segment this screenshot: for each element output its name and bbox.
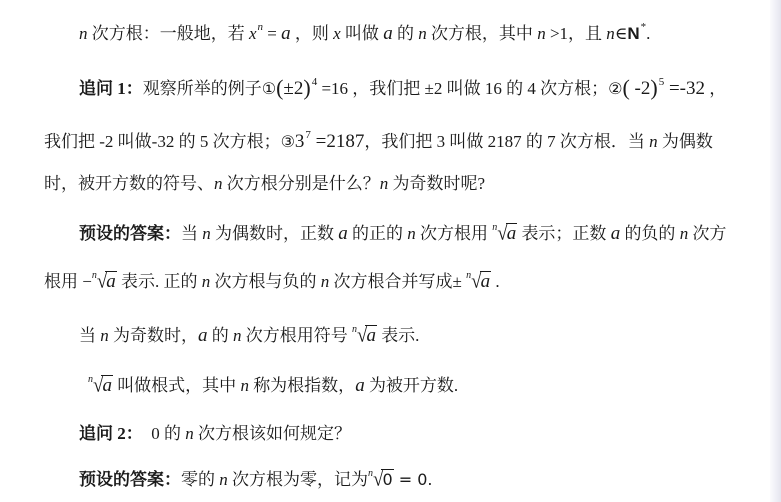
equals: = — [263, 24, 281, 43]
circled-one: ① — [262, 79, 276, 98]
question-1-line-1: 追问 1：观察所举的例子①(±2)4 =16 ，我们把 ±2 叫做 16 的 4… — [79, 75, 726, 99]
text: 次方根用 — [416, 224, 493, 243]
nth-root-a: n√a — [88, 374, 113, 398]
document-page: n 次方根：一般地，若 xn = a ，则 x 叫做 a 的 n 次方根，其中 … — [0, 0, 770, 502]
text: = 0. — [394, 470, 433, 489]
text: 次方根该如何规定？ — [194, 424, 351, 443]
text: 次方根，其中 — [427, 24, 538, 43]
var-a: a — [355, 375, 365, 396]
star-superscript: * — [641, 21, 647, 33]
text: 次方根用符号 — [242, 326, 353, 345]
definition-line: n 次方根：一般地，若 xn = a ，则 x 叫做 a 的 n 次方根，其中 … — [79, 22, 650, 46]
text: 为偶数 — [658, 132, 713, 151]
colon: ： — [164, 470, 181, 489]
colon: ： — [126, 79, 143, 98]
text: 次方根分别是什么？ — [223, 174, 380, 193]
nth-root-a: n√a — [492, 222, 517, 246]
left-paren: ( — [276, 75, 283, 100]
var-n: n — [233, 326, 242, 345]
question-2-line: 追问 2： 0 的 n 次方根该如何规定？ — [79, 422, 351, 446]
var-a: a — [281, 23, 291, 44]
minus-sign: − — [82, 272, 92, 291]
result: =2187 — [311, 131, 364, 152]
base: 3 — [295, 131, 305, 152]
exponent: 7 — [305, 129, 311, 141]
text: 为奇数时呢? — [388, 174, 485, 193]
var-n: n — [606, 24, 615, 43]
var-n: n — [380, 174, 389, 193]
radical-sign-icon: √ — [497, 221, 507, 247]
var-n: n — [321, 272, 330, 291]
natural-numbers-symbol: N — [627, 24, 639, 43]
answer-1-line-2: 根用 −n√a 表示. 正的 n 次方根与负的 n 次方根合并写成± n√a . — [44, 270, 500, 294]
var-n: n — [185, 424, 194, 443]
radical-sign-icon: √ — [93, 373, 103, 399]
text: ，我们把 3 叫做 2187 的 7 次方根．当 — [364, 132, 649, 151]
text: 观察所举的例子 — [143, 79, 262, 98]
text: 表示；正数 — [517, 224, 611, 243]
text: ， — [705, 79, 726, 98]
exponent-n: n — [258, 21, 264, 33]
circled-two: ② — [608, 79, 622, 98]
text: 我们把 -2 叫做-32 的 5 次方根； — [44, 132, 281, 151]
nth-root-a: n√a — [92, 270, 117, 294]
var-n: n — [407, 224, 416, 243]
base: -2 — [630, 78, 651, 99]
nth-root-a: n√a — [352, 324, 377, 348]
period: . — [646, 24, 650, 43]
text: 叫做 — [341, 24, 384, 43]
result: =-32 — [664, 78, 705, 99]
text: 当 — [79, 326, 100, 345]
var-a: a — [198, 325, 208, 346]
element-of-symbol: ∈ — [615, 24, 628, 43]
text: 表示. — [377, 326, 420, 345]
text: 时，被开方数的符号、 — [44, 174, 214, 193]
radical-sign-icon: √ — [97, 269, 107, 295]
text: 次方根合并写成± — [329, 272, 466, 291]
radical-definition-line: n√a 叫做根式，其中 n 称为根指数，a 为被开方数. — [88, 374, 458, 398]
var-a: a — [338, 223, 348, 244]
colon: ： — [126, 424, 143, 443]
text: 次方根与负的 — [210, 272, 321, 291]
text: 的 — [208, 326, 234, 345]
var-n: n — [202, 272, 211, 291]
circled-three: ③ — [281, 132, 295, 151]
var-n: n — [418, 24, 427, 43]
answer-label: 预设的答案 — [79, 470, 164, 489]
text: 次方根：一般地，若 — [88, 24, 250, 43]
text: 的 — [393, 24, 419, 43]
result: =16 — [317, 79, 348, 98]
text: 的负的 — [620, 224, 680, 243]
var-x: x — [333, 24, 341, 43]
var-n: n — [240, 376, 249, 395]
radical-sign-icon: √ — [357, 323, 367, 349]
text: 为奇数时， — [109, 326, 198, 345]
var-n: n — [537, 24, 546, 43]
text: ，则 — [291, 24, 334, 43]
text: 为被开方数. — [365, 376, 459, 395]
question-1-line-3: 时，被开方数的符号、n 次方根分别是什么？n 为奇数时呢? — [44, 172, 485, 196]
text: 当 — [181, 224, 202, 243]
radical-sign-icon: √ — [373, 467, 383, 493]
var-n: n — [680, 224, 689, 243]
nth-root-a: n√a — [466, 270, 491, 294]
text: 叫做根式，其中 — [113, 376, 241, 395]
var-a: a — [383, 23, 393, 44]
right-paren: ) — [303, 75, 310, 100]
var-n: n — [219, 470, 228, 489]
text: 次方根为零，记为 — [228, 470, 368, 489]
text: 0 的 — [143, 424, 186, 443]
text: 根用 — [44, 272, 82, 291]
left-paren: ( — [622, 75, 629, 100]
right-paren: ) — [650, 75, 657, 100]
text: . — [491, 272, 500, 291]
answer-label: 预设的答案 — [79, 224, 164, 243]
radical-sign-icon: √ — [471, 269, 481, 295]
base: ±2 — [283, 78, 303, 99]
var-n: n — [79, 24, 88, 43]
question-2-label: 追问 2 — [79, 424, 126, 443]
var-a: a — [611, 223, 621, 244]
answer-1-line-1: 预设的答案：当 n 为偶数时，正数 a 的正的 n 次方根用 n√a 表示；正数… — [79, 222, 726, 246]
text: 次方 — [688, 224, 726, 243]
exponent: 5 — [659, 76, 665, 88]
odd-case-line: 当 n 为奇数时，a 的 n 次方根用符号 n√a 表示. — [79, 324, 419, 348]
answer-2-line: 预设的答案：零的 n 次方根为零，记为n√0 = 0. — [79, 468, 432, 492]
colon: ： — [164, 224, 181, 243]
text: 为偶数时，正数 — [211, 224, 339, 243]
question-1-label: 追问 1 — [79, 79, 126, 98]
window-right-edge — [770, 0, 781, 502]
text: 零的 — [181, 470, 219, 489]
text: >1，且 — [546, 24, 607, 43]
question-1-line-2: 我们把 -2 叫做-32 的 5 次方根；③37 =2187，我们把 3 叫做 … — [44, 130, 713, 154]
var-n: n — [214, 174, 223, 193]
nth-root-zero: n√0 — [368, 468, 394, 492]
var-n: n — [202, 224, 211, 243]
var-x: x — [249, 24, 257, 43]
var-n: n — [649, 132, 658, 151]
exponent: 4 — [312, 76, 318, 88]
text: 的正的 — [348, 224, 408, 243]
text: ，我们把 ±2 叫做 16 的 4 次方根； — [348, 79, 608, 98]
text: 称为根指数， — [249, 376, 355, 395]
var-n: n — [100, 326, 109, 345]
text: 表示. 正的 — [117, 272, 202, 291]
